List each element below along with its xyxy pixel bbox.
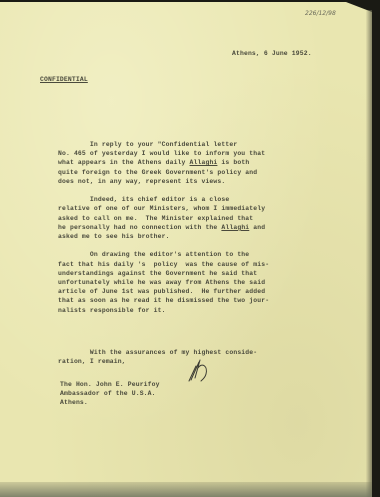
- p1-line-3-end: is both: [217, 159, 249, 166]
- archive-reference: 226/12/98: [305, 10, 336, 17]
- p3-line-6: that as soon as he read it he dismissed …: [58, 297, 269, 304]
- scanned-letter: 226/12/98 Athens, 6 June 1952. CONFIDENT…: [0, 0, 380, 497]
- newspaper-name: Allaghi: [190, 159, 218, 166]
- signature-mark: [186, 356, 216, 384]
- letter-body: In reply to your "Confidential letter No…: [58, 140, 269, 315]
- p3-line-7: nalists responsible for it.: [58, 307, 166, 314]
- p2-line-5: asked me to see his brother.: [58, 233, 170, 240]
- p1-line-2: No. 465 of yesterday I would like to inf…: [58, 150, 265, 157]
- p3-line-3: understandings against the Government he…: [58, 270, 257, 277]
- p1-line-1: In reply to your "Confidential letter: [58, 141, 237, 148]
- p2-line-3: asked to call on me. The Minister explai…: [58, 215, 253, 222]
- closing: With the assurances of my highest consid…: [58, 348, 257, 366]
- closing-line-1: With the assurances of my highest consid…: [58, 349, 257, 356]
- recipient-address: The Hon. John E. Peurifoy Ambassador of …: [60, 380, 160, 408]
- p1-line-4: quite foreign to the Greek Government's …: [58, 169, 257, 176]
- letter-page: 226/12/98 Athens, 6 June 1952. CONFIDENT…: [0, 2, 372, 497]
- p2-line-4-end: and: [249, 224, 265, 231]
- p3-line-4: unfortunately while he was away from Ath…: [58, 279, 265, 286]
- p1-line-5: does not, in any way, represent its view…: [58, 178, 225, 185]
- recipient-title: Ambassador of the U.S.A.: [60, 390, 156, 397]
- p2-line-4: he personally had no connection with the: [58, 224, 221, 231]
- p2-line-2: relative of one of our Ministers, whom I…: [58, 205, 265, 212]
- paper-bottom-shadow: [0, 482, 372, 497]
- recipient-city: Athens.: [60, 399, 88, 406]
- closing-line-2: ration, I remain,: [58, 358, 126, 365]
- p3-line-2: fact that his daily 's policy was the ca…: [58, 261, 269, 268]
- p2-line-1: Indeed, its chief editor is a close: [58, 196, 229, 203]
- newspaper-name: Allaghi: [221, 224, 249, 231]
- classification-heading: CONFIDENTIAL: [40, 75, 88, 84]
- place-date: Athens, 6 June 1952.: [232, 49, 312, 58]
- p3-line-1: On drawing the editor's attention to the: [58, 251, 249, 258]
- paper-right-edge: [366, 10, 372, 497]
- p3-line-5: article of June 1st was published. He fu…: [58, 288, 265, 295]
- recipient-name: The Hon. John E. Peurifoy: [60, 381, 160, 388]
- p1-line-3: what appears in the Athens daily: [58, 159, 190, 166]
